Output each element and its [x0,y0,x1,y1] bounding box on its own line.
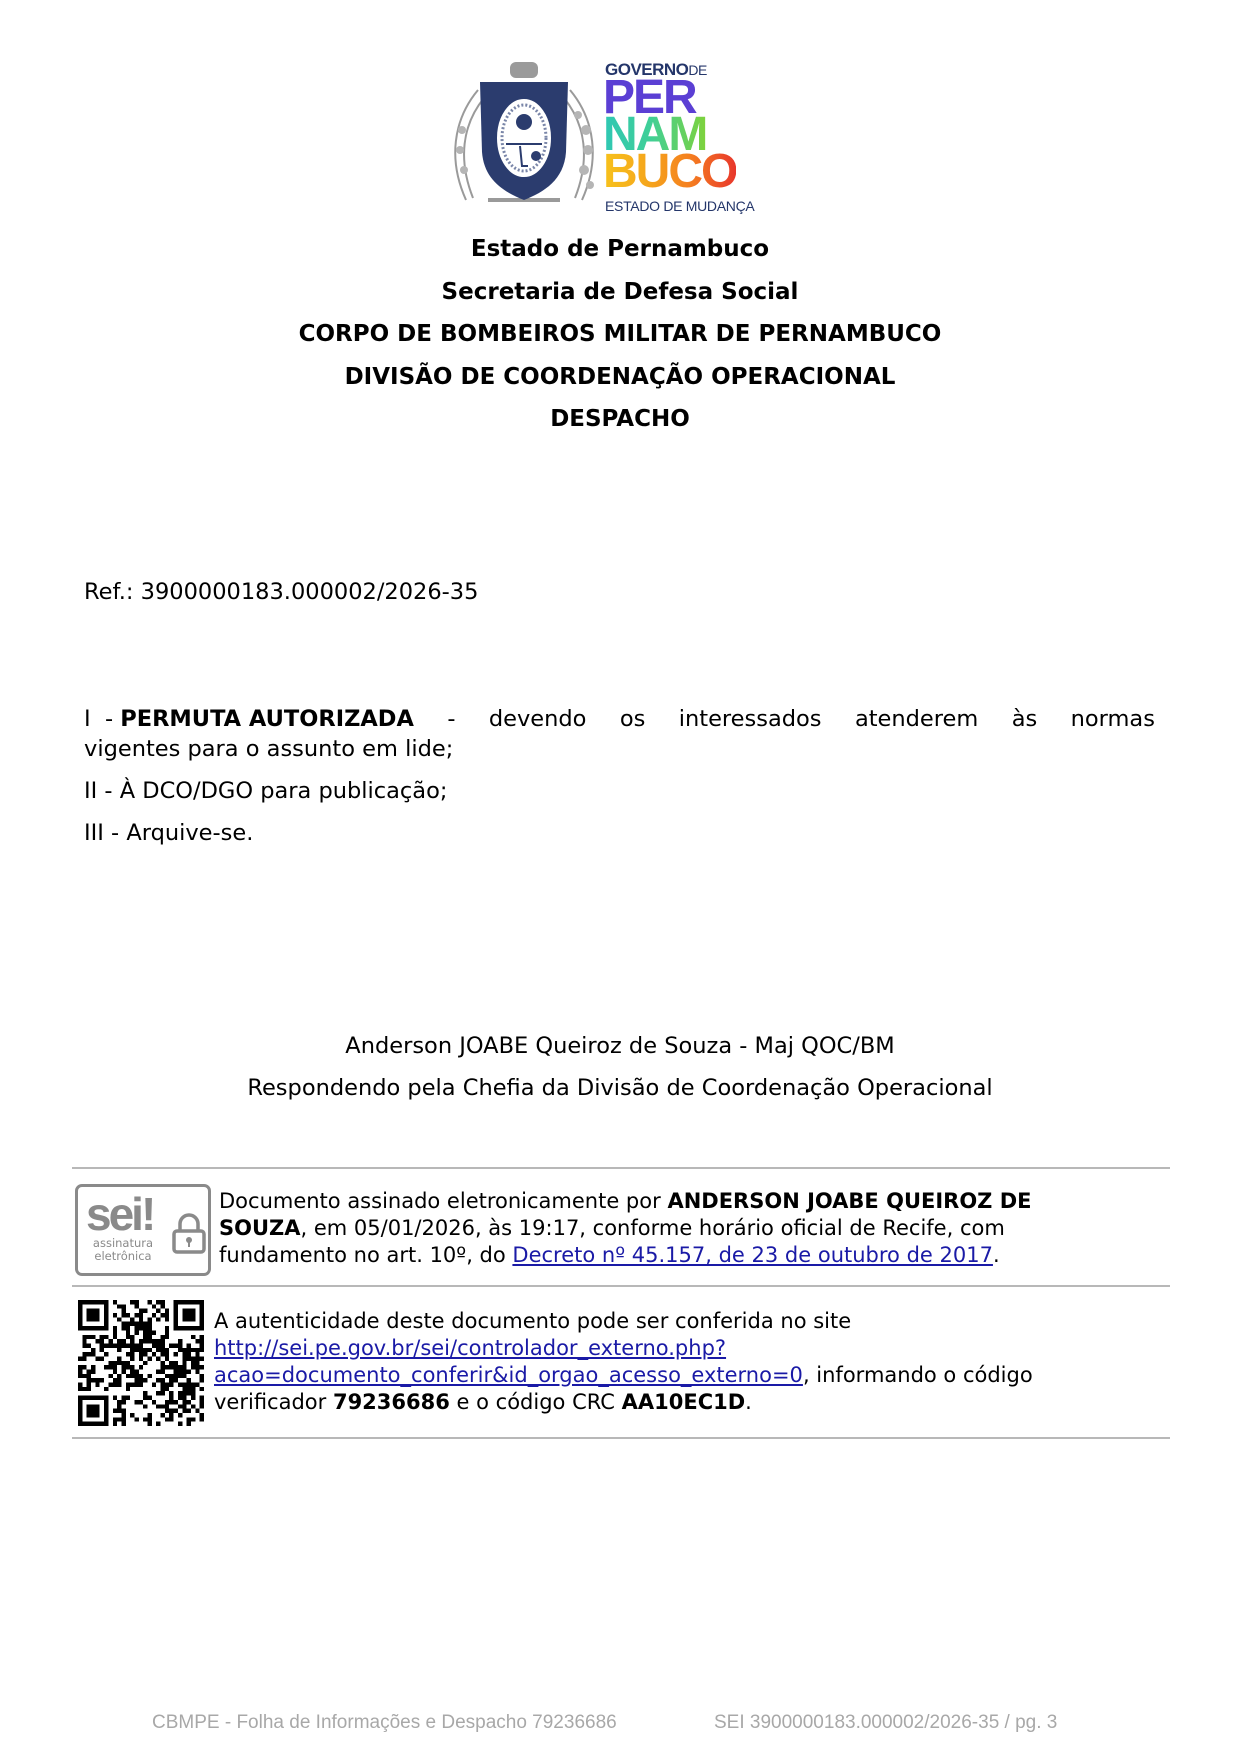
word: os [620,704,646,734]
crc-code: AA10EC1D [622,1390,746,1414]
verifier-code: 79236686 [333,1390,450,1414]
sei-signature-seal: sei! assinatura eletrônica [75,1184,211,1276]
word: atenderem [855,704,978,734]
word: - [447,704,455,734]
government-logo: GOVERNODE PER NAM BUCO ESTADO DE MUDANÇA [448,58,798,218]
header-corps: CORPO DE BOMBEIROS MILITAR DE PERNAMBUCO [0,319,1240,349]
authenticity-text: A autenticidade deste documento pode ser… [214,1309,851,1333]
statement-text: , em 05/01/2026, às 19:17, conforme horá… [301,1216,1005,1240]
word: normas [1071,704,1155,734]
coat-of-arms-icon [448,60,600,210]
link-part-2[interactable]: acao=documento_conferir&id_orgao_acesso_… [214,1363,803,1387]
seal-sub-2: eletrônica [88,1250,158,1263]
signature-statement: Documento assinado eletronicamente por A… [219,1188,1119,1269]
qr-code-icon[interactable] [78,1300,204,1426]
word: devendo [489,704,587,734]
statement-text: fundamento no art. 10º, do [219,1243,512,1267]
authenticity-text: e o código CRC [450,1390,622,1414]
verification-link[interactable]: http://sei.pe.gov.br/sei/controlador_ext… [214,1336,803,1387]
statement-text: Documento assinado eletronicamente por [219,1189,667,1213]
pernambuco-wordmark: GOVERNODE PER NAM BUCO ESTADO DE MUDANÇA [605,58,805,218]
header-state: Estado de Pernambuco [0,234,1240,264]
sei-logo-text: sei! [86,1187,153,1241]
authenticity-statement: A autenticidade deste documento pode ser… [214,1308,1134,1416]
statement-text: . [993,1243,1000,1267]
authenticity-text: verificador [214,1390,333,1414]
divider [72,1285,1170,1287]
item-1-line-1: I - PERMUTA AUTORIZADA - devendo os inte… [84,704,1155,734]
authenticity-text: , informando o código [803,1363,1033,1387]
buco-text: BUCO [603,152,736,192]
header-secretariat: Secretaria de Defesa Social [0,277,1240,307]
signer-name: Anderson JOABE Queiroz de Souza - Maj QO… [0,1031,1240,1061]
divider [72,1437,1170,1439]
item-1-line-2: vigentes para o assunto em lide; [84,734,1155,764]
decree-link[interactable]: Decreto nº 45.157, de 23 de outubro de 2… [512,1243,993,1267]
word: às [1012,704,1038,734]
divider [72,1167,1170,1169]
footer-process-page: SEI 3900000183.000002/2026-35 / pg. 3 [714,1712,1057,1734]
sei-seal-subtitle: assinatura eletrônica [88,1237,158,1263]
word: interessados [679,704,822,734]
item-1-lead: I - PERMUTA AUTORIZADA [84,704,414,734]
authenticity-text: . [745,1390,752,1414]
header-division: DIVISÃO DE COORDENAÇÃO OPERACIONAL [0,362,1240,392]
lock-icon [171,1211,207,1255]
reference-number: Ref.: 3900000183.000002/2026-35 [84,577,478,607]
link-part-1[interactable]: http://sei.pe.gov.br/sei/controlador_ext… [214,1336,726,1360]
item-3: III - Arquive-se. [84,818,253,848]
footer-document-title: CBMPE - Folha de Informações e Despacho … [152,1712,617,1734]
tagline-text: ESTADO DE MUDANÇA [605,198,754,214]
item-1: I - PERMUTA AUTORIZADA - devendo os inte… [84,704,1155,764]
header-doc-type: DESPACHO [0,404,1240,434]
item-1-prefix: I - [84,706,120,732]
signer-role: Respondendo pela Chefia da Divisão de Co… [0,1073,1240,1103]
item-1-bold: PERMUTA AUTORIZADA [120,706,414,732]
signer-bold-name-1: ANDERSON JOABE QUEIROZ DE [667,1189,1031,1213]
item-2: II - À DCO/DGO para publicação; [84,776,447,806]
signer-bold-name-2: SOUZA [219,1216,301,1240]
